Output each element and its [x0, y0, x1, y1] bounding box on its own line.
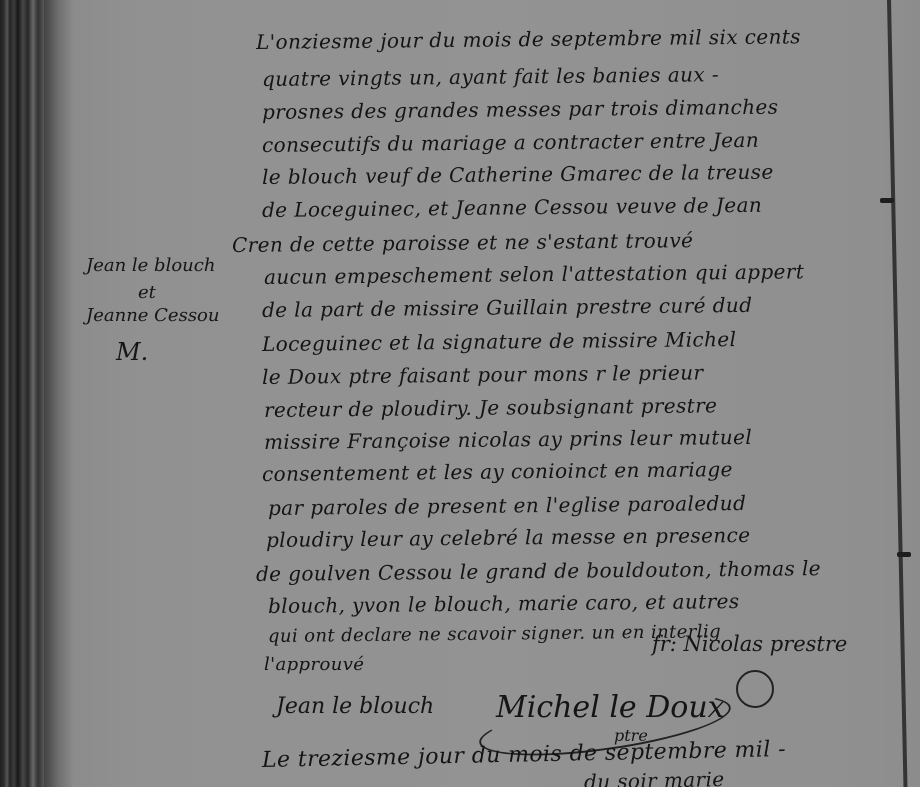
entry-line: l'approuvé	[264, 654, 364, 675]
entry-line: consecutifs du mariage a contracter entr…	[262, 128, 759, 157]
next-entry-line: du soir marie	[584, 767, 725, 787]
entry-line: le blouch veuf de Catherine Gmarec de la…	[262, 160, 774, 189]
right-margin-rule	[887, 0, 907, 787]
margin-rule-mark	[897, 552, 911, 557]
entry-line: par paroles de present en l'eglise paroa…	[268, 491, 746, 520]
margin-note-mark: M.	[116, 338, 148, 366]
entry-line: de goulven Cessou le grand de bouldouton…	[256, 556, 821, 586]
entry-line: blouch, yvon le blouch, marie caro, et a…	[268, 589, 740, 618]
entry-line: de la part de missire Guillain prestre c…	[262, 293, 753, 322]
entry-line: aucun empeschement selon l'attestation q…	[264, 259, 804, 289]
signature-paraph	[736, 670, 774, 708]
entry-line: ploudiry leur ay celebré la messe en pre…	[266, 523, 751, 552]
entry-line: prosnes des grandes messes par trois dim…	[262, 95, 779, 124]
officiating-priest-signature: fr: Nicolas prestre	[652, 632, 847, 656]
entry-line: quatre vingts un, ayant fait les banies …	[262, 62, 719, 91]
margin-rule-mark	[880, 198, 894, 203]
margin-note-groom: Jean le blouch	[86, 255, 215, 276]
margin-note-conjunction: et	[138, 282, 156, 303]
entry-line: Loceguinec et la signature de missire Mi…	[262, 327, 737, 356]
entry-line: L'onziesme jour du mois de septembre mil…	[256, 24, 801, 54]
groom-signature: Jean le blouch	[276, 694, 434, 719]
document-page: Jean le blouch et Jeanne Cessou M. L'onz…	[0, 0, 920, 787]
entry-line: Cren de cette paroisse et ne s'estant tr…	[232, 228, 694, 257]
entry-line: de Loceguinec, et Jeanne Cessou veuve de…	[262, 193, 762, 222]
entry-line: missire Françoise nicolas ay prins leur …	[264, 425, 752, 454]
entry-line: recteur de ploudiry. Je soubsignant pres…	[264, 393, 718, 422]
entry-line: le Doux ptre faisant pour mons r le prie…	[262, 360, 704, 389]
margin-note-bride: Jeanne Cessou	[86, 305, 220, 326]
binding-shadow	[44, 0, 74, 787]
entry-line: consentement et les ay conioinct en mari…	[262, 457, 733, 486]
